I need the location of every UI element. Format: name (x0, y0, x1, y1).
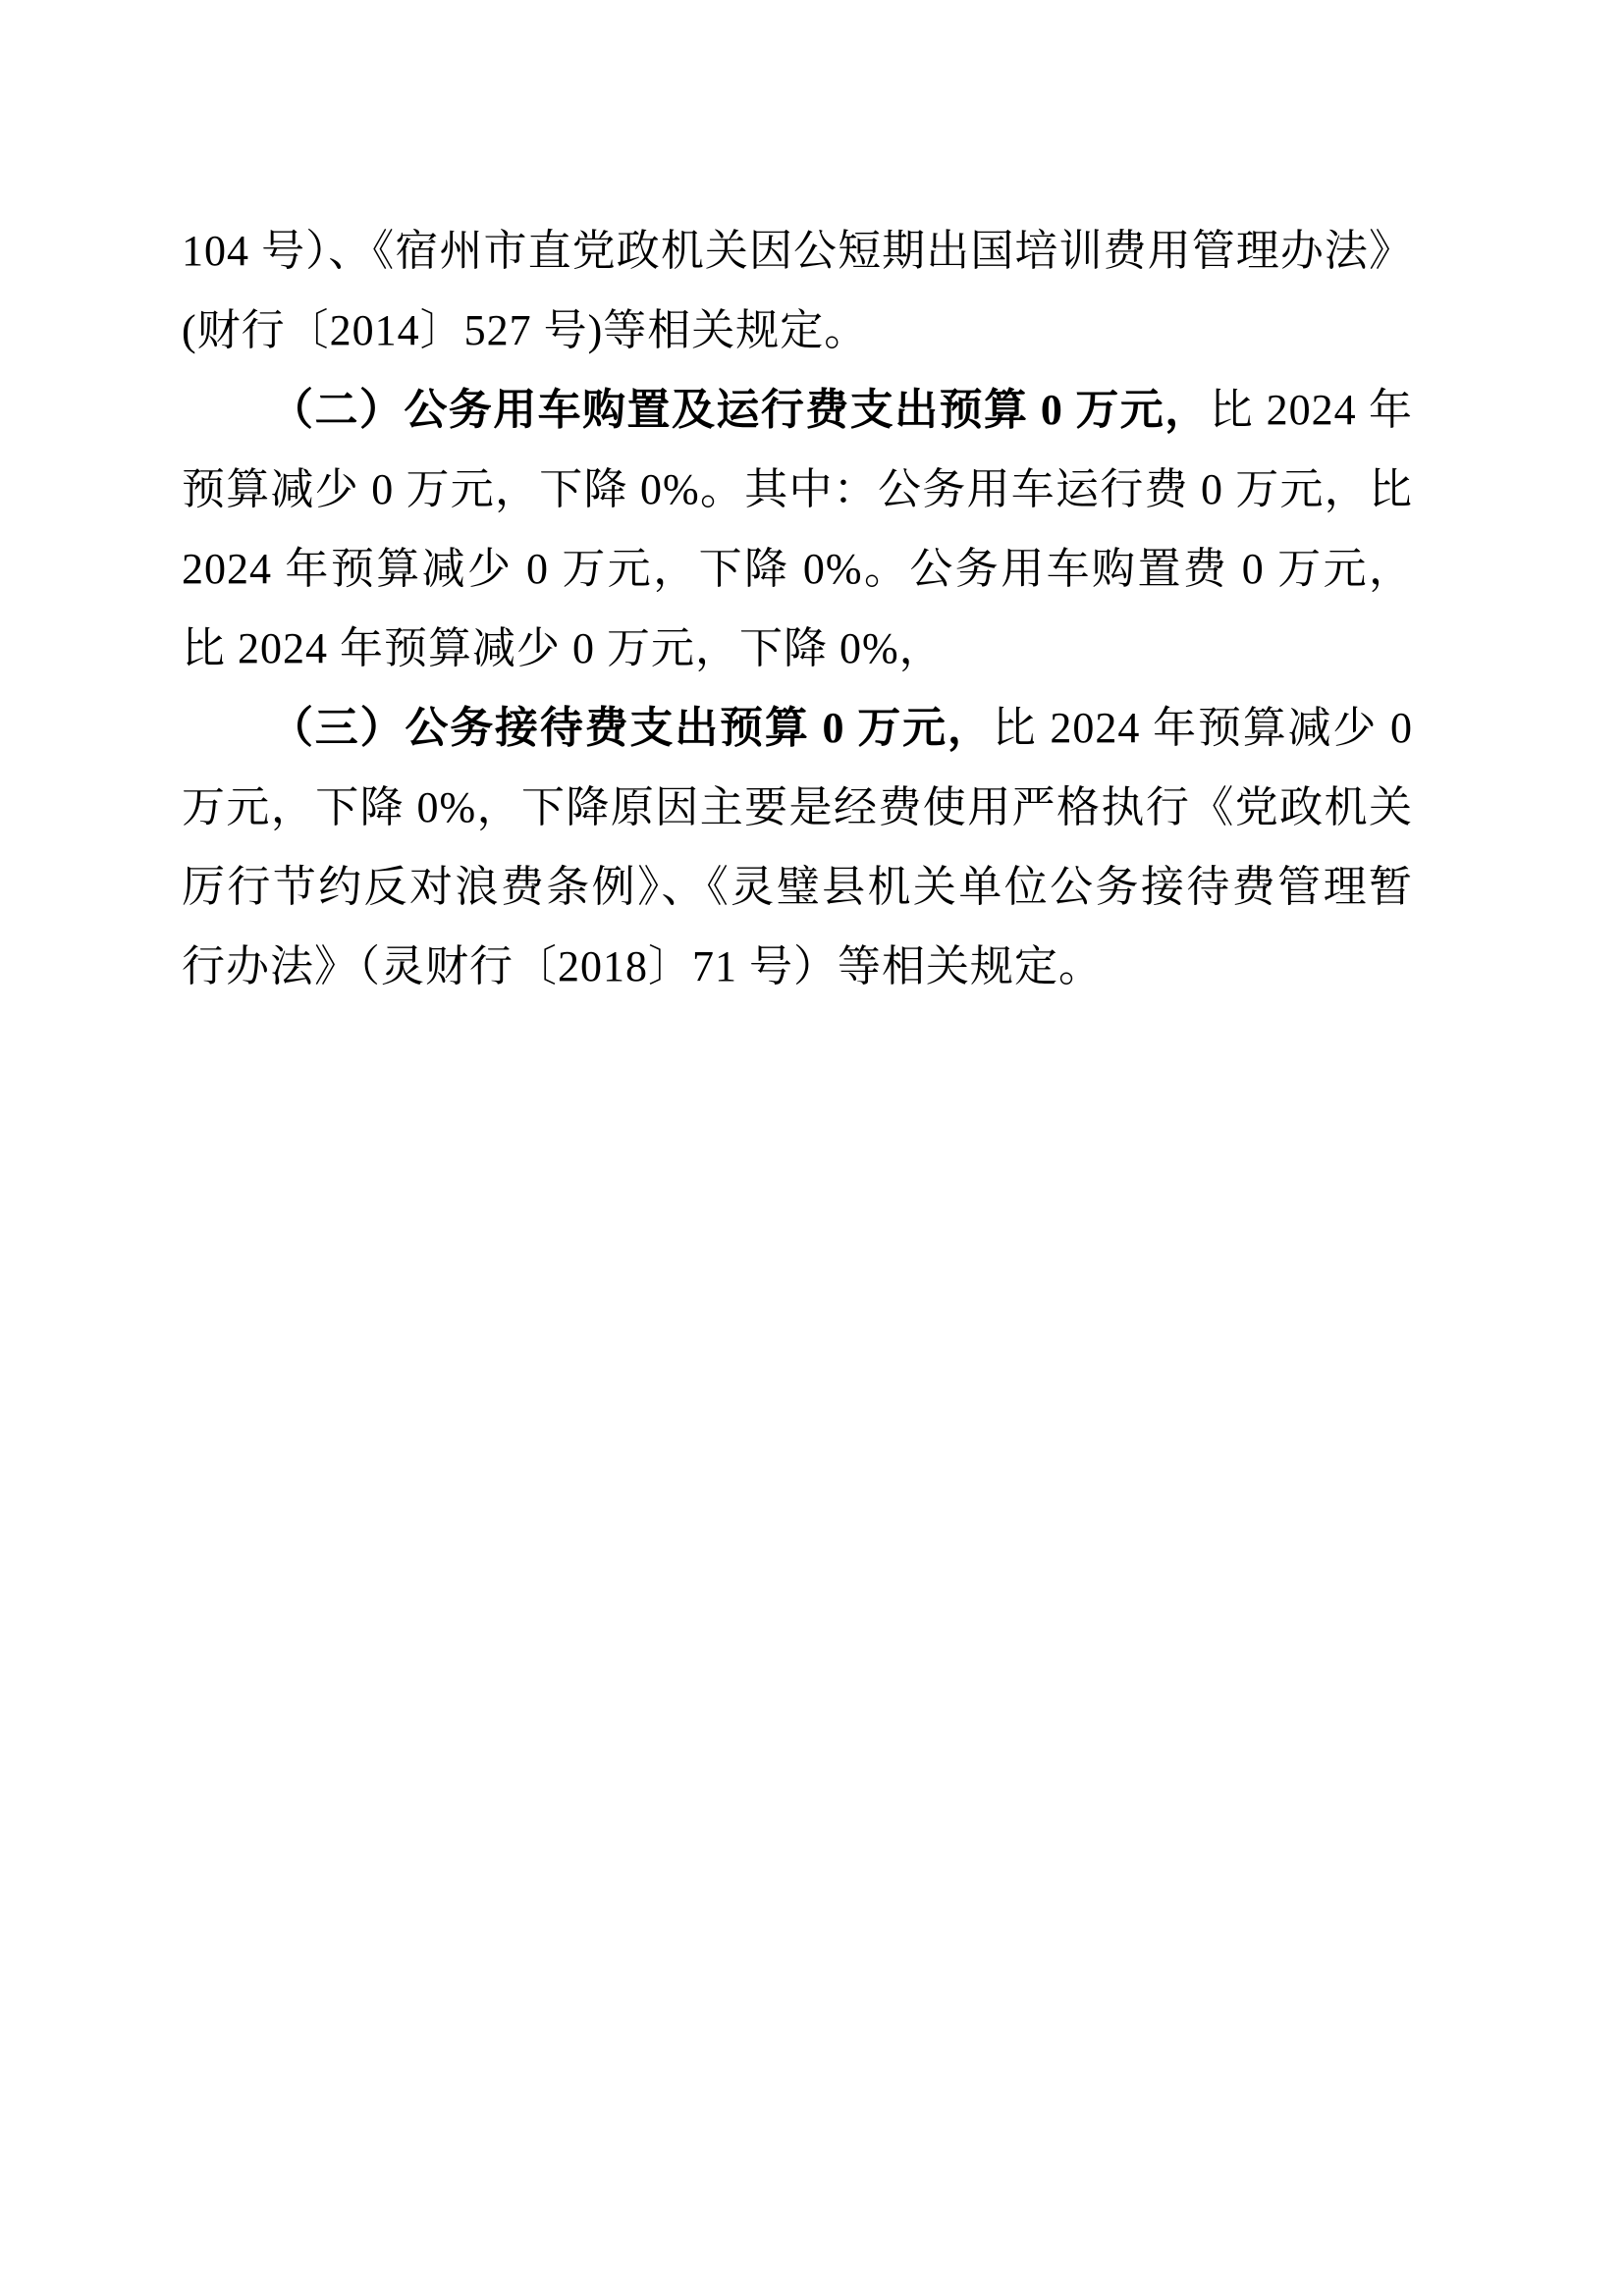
paragraph-item-3: （三）公务接待费支出预算 0 万元，比 2024 年预算减少 0 万元，下降 0… (182, 688, 1413, 1006)
text-block: 104 号）、《宿州市直党政机关因公短期出国培训费用管理办法》(财行〔2014〕… (182, 211, 1413, 1006)
paragraph-text: 104 号）、《宿州市直党政机关因公短期出国培训费用管理办法》(财行〔2014〕… (182, 227, 1413, 354)
paragraph-lead-bold: （三）公务接待费支出预算 0 万元， (270, 704, 993, 752)
paragraph-lead-bold: （二）公务用车购置及运行费支出预算 0 万元， (270, 386, 1210, 434)
document-page: 104 号）、《宿州市直党政机关因公短期出国培训费用管理办法》(财行〔2014〕… (0, 0, 1624, 2296)
paragraph-continuation: 104 号）、《宿州市直党政机关因公短期出国培训费用管理办法》(财行〔2014〕… (182, 211, 1413, 370)
paragraph-item-2: （二）公务用车购置及运行费支出预算 0 万元，比 2024 年预算减少 0 万元… (182, 370, 1413, 688)
